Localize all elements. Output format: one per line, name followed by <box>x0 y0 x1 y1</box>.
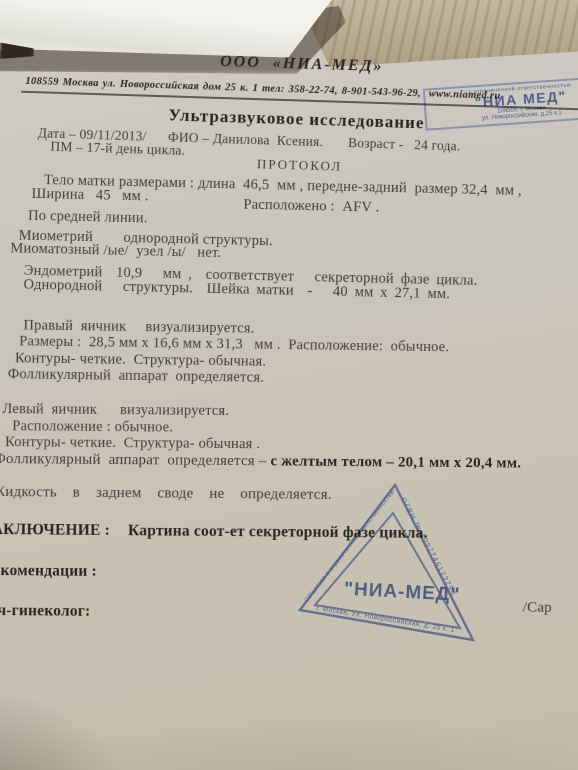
fluid-line: Жидкость в заднем своде не определяется. <box>0 484 332 504</box>
myoma-line: Миоматозный /ые/ узел /ы/ нет. <box>10 240 221 262</box>
report-title: Ультразвуковое исследование <box>168 105 425 133</box>
doctor-label: Врач-гинеколог: <box>0 602 90 621</box>
uterus-position-line: Расположено : AFV . <box>243 197 379 217</box>
cycle-day-line: ПМ – 17-й день цикла. <box>50 139 185 159</box>
right-ovary-line-4: Фолликулярный аппарат определяется. <box>8 366 264 387</box>
recommendations-label: Рекомендации : <box>0 562 97 581</box>
left-ovary-line-4-regular: Фолликулярный аппарат определяется – <box>0 451 271 469</box>
corpus-luteum-bold: с желтым телом – 20,1 мм х 20,4 мм. <box>270 453 521 471</box>
triangle-stamp: "НИА-МЕД" Общество с ограниченной ответс… <box>294 479 480 647</box>
midline-line: По средней линии. <box>28 208 148 228</box>
corner-stamp: с ограниченной ответственностью "НИА МЕД… <box>423 75 578 130</box>
protocol-heading: ПРОТОКОЛ <box>257 156 343 175</box>
conclusion-label: ЗАКЛЮЧЕНИЕ : <box>0 521 110 539</box>
doctor-signature: /Сар <box>523 600 552 617</box>
uterus-width-line: Ширина 45 мм . <box>31 186 148 206</box>
triangle-stamp-bottom-text: г. Москва, Ул. Новороссийская, д. 25 к. … <box>316 604 456 634</box>
left-ovary-line-1: Левый яичник визуализируется. <box>2 401 229 420</box>
left-ovary-line-4: Фолликулярный аппарат определяется – с ж… <box>0 451 521 473</box>
left-ovary-line-3: Контуры- четкие. Структура- обычная . <box>5 434 260 453</box>
photo-of-ultrasound-report: ООО «НИА-МЕД» 108559 Москва ул. Новоросс… <box>0 0 578 770</box>
